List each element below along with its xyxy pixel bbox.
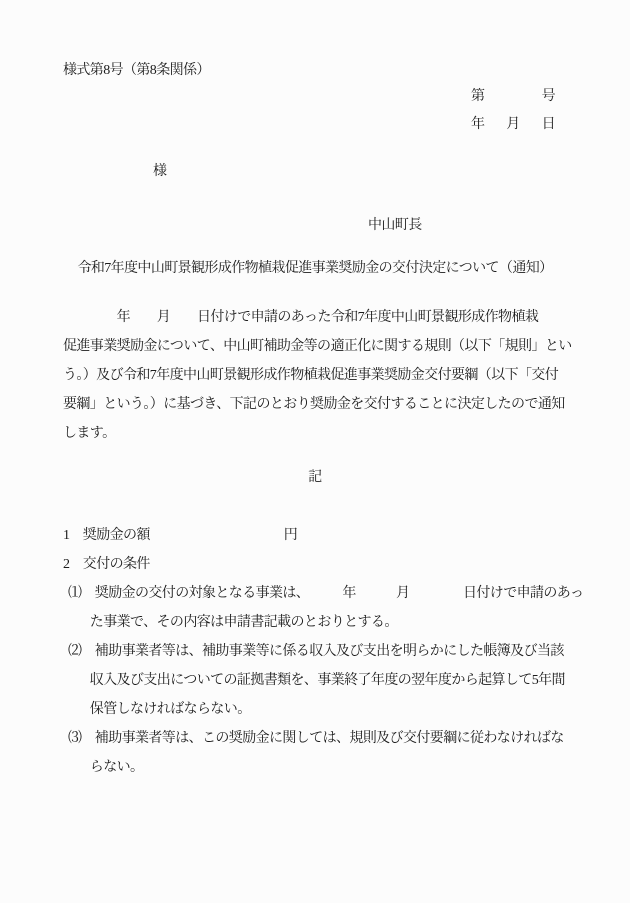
body-line: します。 bbox=[0, 419, 630, 448]
addressee-honorific: 様 bbox=[0, 157, 630, 186]
condition-2-line: ⑵ 補助事業者等は、補助事業等に係る収入及び支出を明らかにした帳簿及び当該 bbox=[0, 637, 630, 666]
body-line: う。）及び令和7年度中山町景観形成作物植栽促進事業奨励金交付要綱（以下「交付 bbox=[0, 361, 630, 390]
section-marker-ki: 記 bbox=[0, 463, 630, 492]
form-number-label: 様式第8号（第8条関係） bbox=[0, 56, 630, 85]
condition-1-line: ⑴ 奨励金の交付の対象となる事業は、 年 月 日付けで申請のあっ bbox=[0, 579, 630, 608]
date-month-label: 月 bbox=[506, 110, 519, 139]
conditions-list: 1 奨励金の額 円 2 交付の条件 ⑴ 奨励金の交付の対象となる事業は、 年 月… bbox=[0, 521, 630, 782]
sender-title: 中山町長 bbox=[0, 211, 630, 240]
document-page: 様式第8号（第8条関係） 第 号 年 月 日 様 中山町長 令和7年度中山町景観… bbox=[0, 0, 630, 903]
body-line: 年 月 日付けで申請のあった令和7年度中山町景観形成作物植栽 bbox=[0, 303, 630, 332]
condition-1-line: た事業で、その内容は申請書記載のとおりとする。 bbox=[0, 608, 630, 637]
condition-3-line: ⑶ 補助事業者等は、この奨励金に関しては、規則及び交付要綱に従わなければな bbox=[0, 724, 630, 753]
condition-3-line: らない。 bbox=[0, 753, 630, 782]
document-subject: 令和7年度中山町景観形成作物植栽促進事業奨励金の交付決定について（通知） bbox=[0, 254, 630, 283]
document-number-suffix: 号 bbox=[542, 82, 555, 111]
condition-2-line: 収入及び支出についての証拠書類を、事業終了年度の翌年度から起算して5年間 bbox=[0, 666, 630, 695]
body-paragraph: 年 月 日付けで申請のあった令和7年度中山町景観形成作物植栽 促進事業奨励金につ… bbox=[0, 303, 630, 448]
body-line: 要綱」という。）に基づき、下記のとおり奨励金を交付することに決定したので通知 bbox=[0, 390, 630, 419]
condition-2-line: 保管しなければならない。 bbox=[0, 695, 630, 724]
grant-conditions-heading: 2 交付の条件 bbox=[0, 550, 630, 579]
date-line: 年 月 日 bbox=[471, 110, 555, 139]
document-number-prefix: 第 bbox=[471, 82, 484, 111]
body-line: 促進事業奨励金について、中山町補助金等の適正化に関する規則（以下「規則」とい bbox=[0, 332, 630, 361]
award-amount-line: 1 奨励金の額 円 bbox=[0, 521, 630, 550]
date-year-label: 年 bbox=[471, 110, 484, 139]
date-day-label: 日 bbox=[542, 110, 555, 139]
document-number-line: 第 号 bbox=[471, 82, 555, 111]
